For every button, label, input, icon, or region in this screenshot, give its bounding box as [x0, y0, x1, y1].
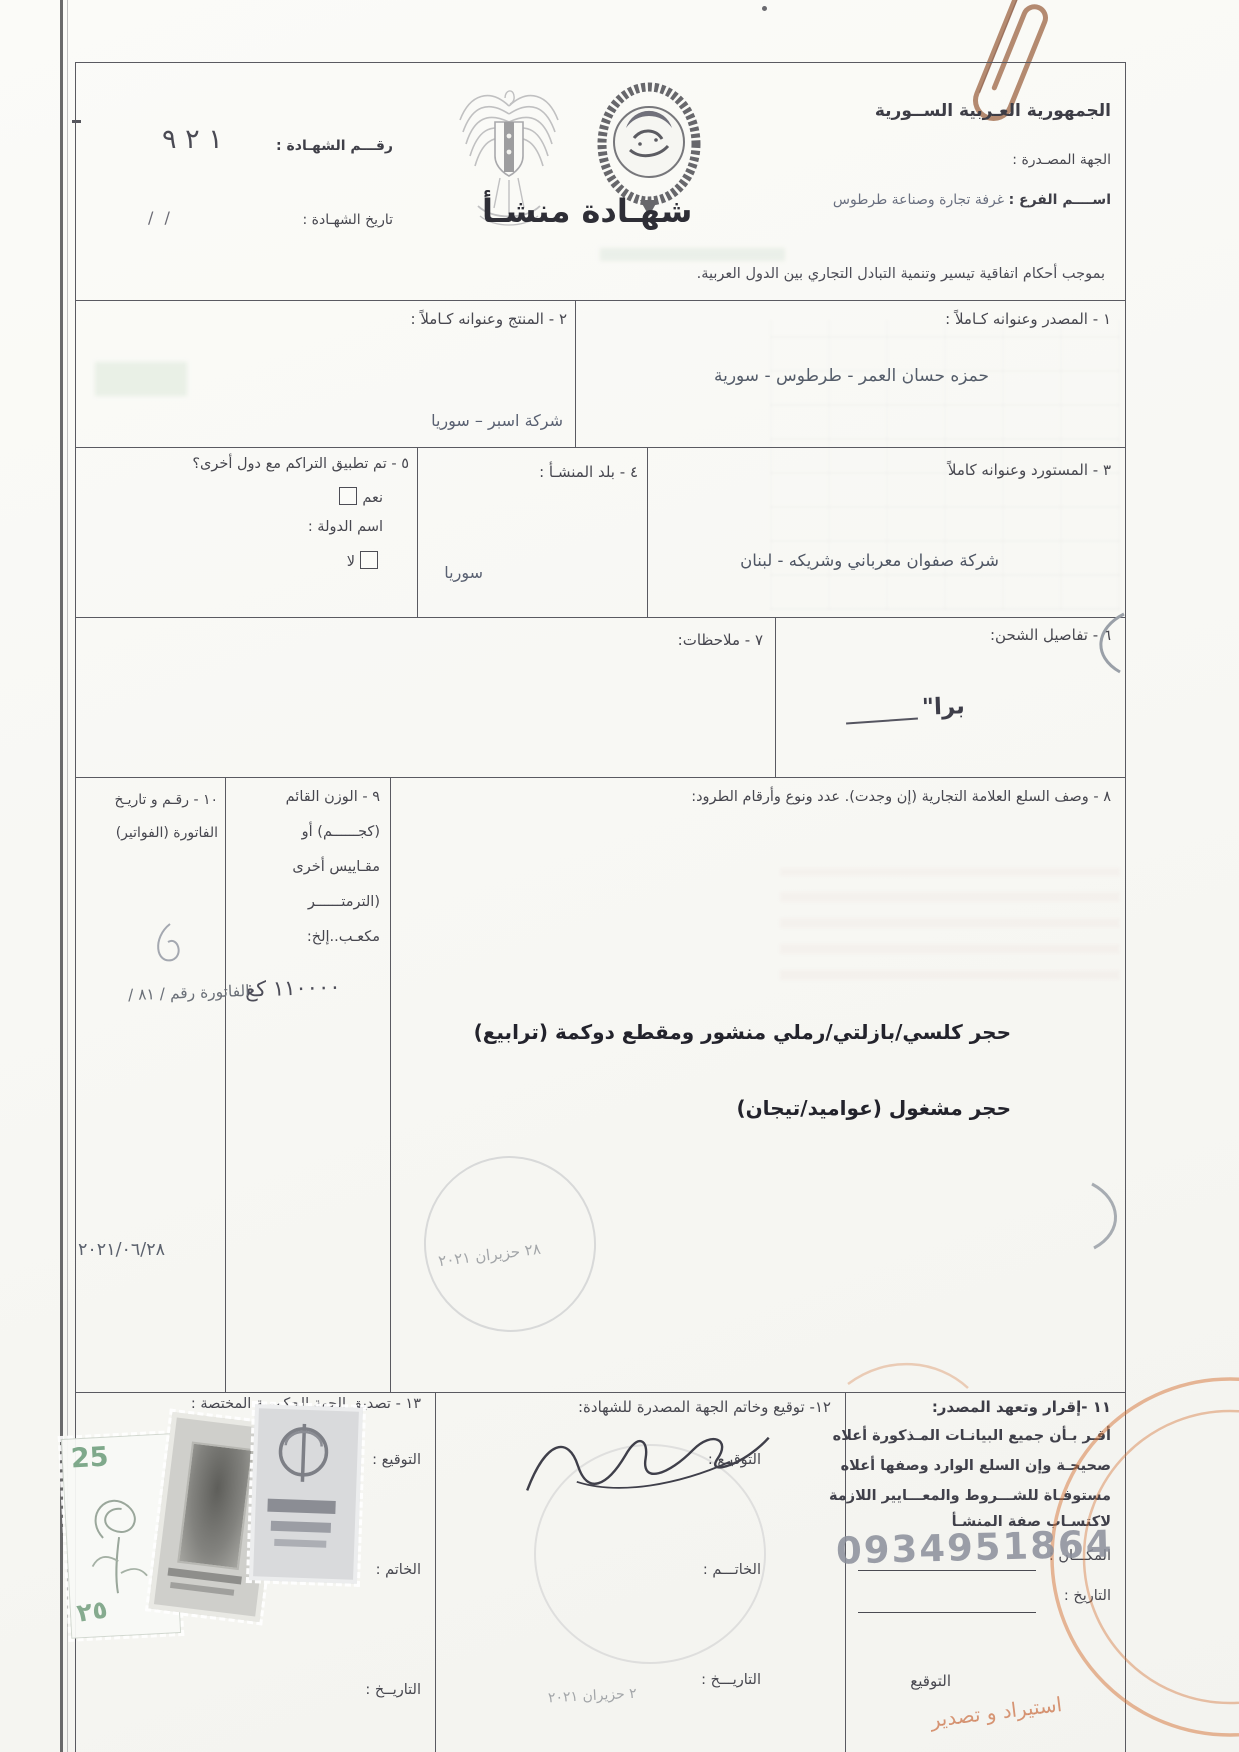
pen-arc-mark-lower: [1082, 1178, 1136, 1256]
issuer-date-label: التاريـــخ :: [701, 1672, 761, 1688]
gov-sign-label: التوقيع :: [372, 1452, 421, 1468]
table-divider: [647, 447, 648, 617]
table-line: [75, 300, 1125, 301]
no-checkbox: [360, 551, 378, 569]
goods-line-1: حجر كلسي/بازلتي/رملي منشور ومقطع دوكمة (…: [474, 1020, 1011, 1044]
shipping-mode-handwriting: برا": [922, 693, 966, 720]
cumulation-no-label: لا: [347, 554, 355, 570]
goods-description-label: ٨ - وصف السلع العلامة التجارية (إن وجدت)…: [691, 789, 1111, 805]
stamp-value-25: 25: [70, 1442, 109, 1475]
revenue-stamp-emblem: [249, 1404, 363, 1584]
remarks-label: ٧ - ملاحظات:: [678, 631, 763, 649]
invoice-date-value: ٢٠٢١/٠٦/٢٨: [78, 1240, 165, 1260]
pen-arc-mark: [1080, 608, 1132, 680]
branch-value: غرفة تجارة وصناعة طرطوس: [833, 192, 1004, 208]
gov-date-label: التاريــخ :: [365, 1682, 421, 1698]
table-divider: [225, 777, 226, 1392]
stamp-value-25-arabic: ٢٥: [75, 1594, 110, 1627]
table-line: [75, 447, 1125, 448]
table-divider: [390, 777, 391, 1392]
producer-value: شركة اسبر – سوريا: [431, 411, 563, 430]
issuer-seal-label: الخاتـــم :: [703, 1562, 761, 1578]
handwriting-curl: [138, 918, 198, 990]
origin-country-label: ٤ - بلد المنشـأ :: [539, 463, 638, 481]
handwriting-flourish: [846, 717, 918, 724]
exporter-value: حمزه حسان العمر - طرطوس - سورية: [714, 366, 989, 386]
branch-label: اســــم الفرع :: [1009, 192, 1111, 208]
cumulation-no-row: لا: [347, 551, 383, 570]
bleedthrough-green-line: [600, 248, 785, 261]
issuer-stamp-date: ٢ حزيران ٢٠٢١: [548, 1686, 637, 1707]
invoice-label-line: الفاتورة (الفواتير): [80, 817, 218, 850]
document-title: شهـادة منشـأ: [482, 192, 692, 230]
weight-label-line: (الترمتــــــر: [232, 885, 380, 920]
weight-label-line: مقـاييس أخرى: [232, 850, 380, 885]
certificate-number-value: ١ ٢ ٩: [162, 124, 223, 155]
gov-seal-label: الخاتم :: [376, 1562, 421, 1578]
cumulation-country-label: اسم الدولة :: [308, 519, 383, 535]
weight-label-line: ٩ - الوزن القائم: [232, 780, 380, 815]
issuing-authority-label: الجهة المصـدرة :: [1012, 152, 1111, 168]
branch-line: اســــم الفرع : غرفة تجارة وصناعة طرطوس: [833, 192, 1111, 208]
stamp-emblem-graphic: [253, 1408, 351, 1571]
invoice-label-line: ١٠ - رقـم و تاريـخ: [80, 784, 218, 817]
scanned-certificate-page: الجمهورية العـربية الســورية الجهة المصـ…: [0, 0, 1239, 1752]
scan-dot-artifact: [762, 6, 767, 11]
agreement-subtitle: بموجب أحكام اتفاقية تيسير وتنمية التبادل…: [697, 266, 1105, 282]
table-divider: [575, 300, 576, 447]
paperclip-icon: [934, 0, 1096, 161]
table-line: [75, 617, 1125, 618]
weight-label-line: (كجــــــم) أو: [232, 815, 380, 850]
phone-handwriting: 0934951864: [835, 1522, 1113, 1572]
certificate-date-value: / /: [148, 208, 173, 227]
weight-label-line: مكعـب..إلخ:: [232, 920, 380, 955]
invoice-label-block: ١٠ - رقـم و تاريـخ الفاتورة (الفواتير): [80, 784, 218, 850]
importer-label: ٣ - المستورد وعنوانه كاملاً: [948, 461, 1111, 479]
weight-value: ١١٠٠٠٠ كغ: [245, 974, 341, 1001]
cumulation-yes-label: نعم: [362, 490, 383, 506]
country-title: الجمهورية العـربية الســورية: [875, 101, 1111, 121]
weight-label-block: ٩ - الوزن القائم (كجــــــم) أو مقـاييس …: [232, 780, 380, 955]
table-divider: [435, 1392, 436, 1752]
invoice-number-value: الفاتورة رقم / ٨١ /: [128, 982, 250, 1004]
yes-checkbox: [339, 487, 357, 505]
cumulation-question-label: ٥ - تم تطبيق التراكم مع دول أخرى؟: [192, 456, 409, 472]
table-divider: [417, 447, 418, 617]
cumulation-yes-row: نعم: [334, 487, 383, 506]
producer-label: ٢ - المنتج وعنوانه كـاملاً :: [411, 310, 567, 328]
table-divider: [775, 617, 776, 777]
portrait-figure: [177, 1442, 253, 1571]
scan-dash-artifact: [72, 120, 81, 123]
certificate-number-label: رقـــم الشهـادة :: [276, 138, 393, 154]
origin-country-value: سوريا: [444, 563, 483, 582]
certificate-date-label: تاريخ الشهـادة :: [302, 212, 393, 228]
signature-scribble: [516, 1407, 783, 1523]
exporter-label: ١ - المصدر وعنوانه كـاملاً :: [945, 310, 1111, 328]
frame-top-border: [75, 62, 1125, 63]
goods-line-2: حجر مشغول (عواميد/تيجان): [736, 1096, 1011, 1120]
stamp-caption-bar: [170, 1582, 234, 1596]
bleedthrough-green-smudge: [95, 362, 187, 396]
importer-value: شركة صفوان معرباني وشريكه - لبنان: [740, 551, 999, 570]
bleedthrough-rows: [780, 868, 1120, 980]
table-line: [75, 777, 1125, 778]
